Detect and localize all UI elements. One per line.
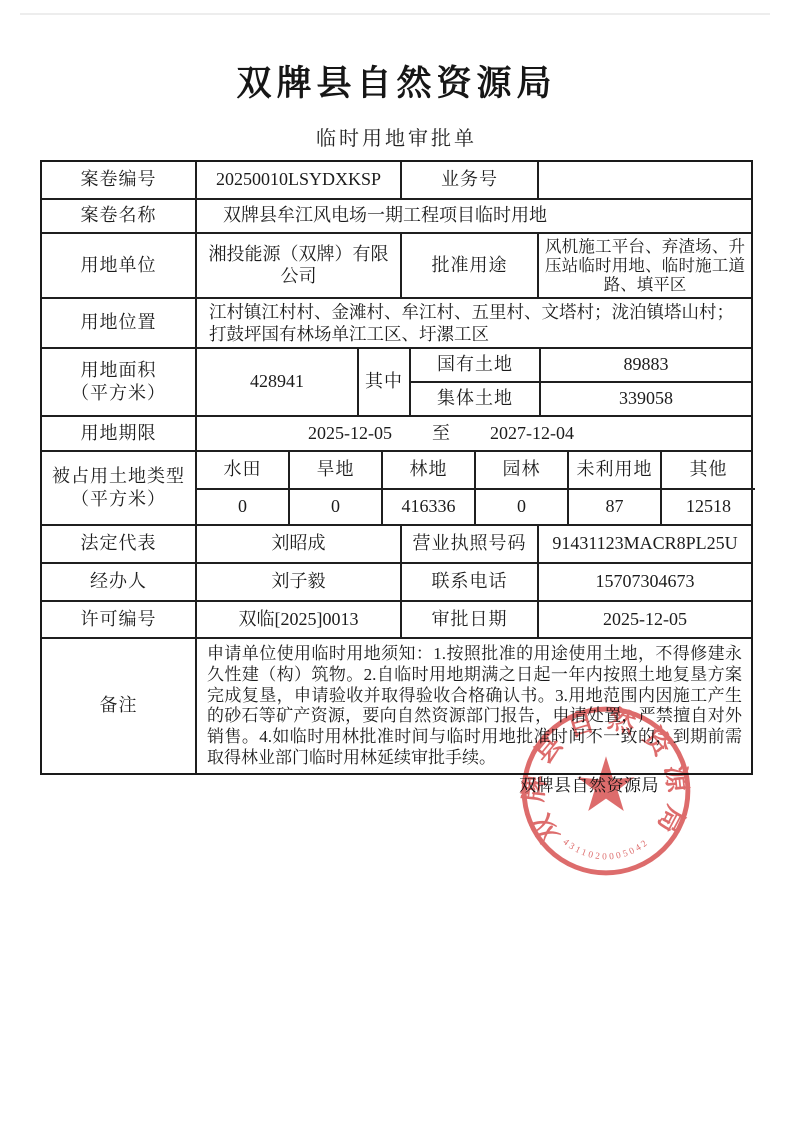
row-legal-rep: 法定代表 刘昭成 营业执照号码 91431123MACR8PL25U	[42, 526, 751, 564]
permit-number-label: 许可编号	[42, 602, 197, 637]
occupied-label-line2: （平方米）	[71, 488, 166, 511]
land-type-value: 0	[197, 490, 290, 524]
row-case-name: 案卷名称 双牌县牟江风电场一期工程项目临时用地	[42, 200, 751, 234]
state-land-value: 89883	[541, 349, 751, 381]
handler-label: 经办人	[42, 564, 197, 600]
area-label: 用地面积 （平方米）	[42, 349, 197, 415]
scan-edge-artifact	[20, 13, 770, 15]
issuing-authority-signature: 双牌县自然资源局	[519, 771, 659, 796]
occupied-label: 被占用土地类型 （平方米）	[42, 452, 197, 524]
land-type-header: 林地	[383, 452, 476, 488]
page-title: 双牌县自然资源局	[0, 56, 793, 106]
location-value: 江村镇江村村、金滩村、牟江村、五里村、文塔村；泷泊镇塔山村；打鼓坪国有林场单江工…	[197, 299, 751, 347]
area-total-value: 428941	[197, 349, 359, 415]
case-number-label: 案卷编号	[42, 162, 197, 198]
license-number-label: 营业执照号码	[402, 526, 539, 562]
approval-form-table: 案卷编号 20250010LSYDXKSP 业务号 案卷名称 双牌县牟江风电场一…	[40, 160, 753, 775]
occupied-types-value-row: 0 0 416336 0 87 12518	[197, 490, 755, 524]
period-value: 2025-12-05 至 2027-12-04	[197, 417, 751, 450]
period-start-date: 2025-12-05	[308, 423, 392, 445]
row-location: 用地位置 江村镇江村村、金滩村、牟江村、五里村、文塔村；泷泊镇塔山村；打鼓坪国有…	[42, 299, 751, 349]
area-among-label: 其中	[359, 349, 411, 415]
phone-value: 15707304673	[539, 564, 751, 600]
seal-number: 4311020005042	[561, 837, 652, 862]
row-permit-number: 许可编号 双临[2025]0013 审批日期 2025-12-05	[42, 602, 751, 639]
land-type-value: 12518	[662, 490, 755, 524]
land-type-header: 水田	[197, 452, 290, 488]
land-type-header: 其他	[662, 452, 755, 488]
land-type-value: 87	[569, 490, 662, 524]
legal-rep-label: 法定代表	[42, 526, 197, 562]
row-area: 用地面积 （平方米） 428941 其中 国有土地 89883 集体土地 339…	[42, 349, 751, 417]
case-name-label: 案卷名称	[42, 200, 197, 232]
case-number-value: 20250010LSYDXKSP	[197, 162, 402, 198]
land-user-value: 湘投能源（双牌）有限公司	[197, 234, 402, 297]
case-name-value: 双牌县牟江风电场一期工程项目临时用地	[197, 200, 751, 232]
collective-land-row: 集体土地 339058	[411, 383, 751, 415]
land-type-value: 0	[290, 490, 383, 524]
permit-number-value: 双临[2025]0013	[197, 602, 402, 637]
row-occupied-types: 被占用土地类型 （平方米） 水田 旱地 林地 园林 未利用地 其他 0 0 41…	[42, 452, 751, 526]
occupied-label-line1: 被占用土地类型	[52, 465, 185, 488]
legal-rep-value: 刘昭成	[197, 526, 402, 562]
land-type-header: 未利用地	[569, 452, 662, 488]
license-number-value: 91431123MACR8PL25U	[539, 526, 751, 562]
state-land-label: 国有土地	[411, 349, 541, 381]
area-label-line1: 用地面积	[81, 359, 157, 382]
period-to-text: 至	[432, 423, 450, 445]
area-breakdown: 国有土地 89883 集体土地 339058	[411, 349, 751, 415]
occupied-types-header-row: 水田 旱地 林地 园林 未利用地 其他	[197, 452, 755, 490]
row-case-number: 案卷编号 20250010LSYDXKSP 业务号	[42, 162, 751, 200]
land-type-header: 园林	[476, 452, 569, 488]
phone-label: 联系电话	[402, 564, 539, 600]
period-end-date: 2027-12-04	[490, 423, 574, 445]
collective-land-label: 集体土地	[411, 383, 541, 415]
business-number-label: 业务号	[402, 162, 539, 198]
approval-date-label: 审批日期	[402, 602, 539, 637]
approval-date-value: 2025-12-05	[539, 602, 751, 637]
land-user-label: 用地单位	[42, 234, 197, 297]
row-land-user: 用地单位 湘投能源（双牌）有限公司 批准用途 风机施工平台、弃渣场、升压站临时用…	[42, 234, 751, 299]
remark-label: 备注	[42, 639, 197, 773]
period-label: 用地期限	[42, 417, 197, 450]
handler-value: 刘子毅	[197, 564, 402, 600]
land-type-value: 0	[476, 490, 569, 524]
row-period: 用地期限 2025-12-05 至 2027-12-04	[42, 417, 751, 452]
land-type-header: 旱地	[290, 452, 383, 488]
collective-land-value: 339058	[541, 383, 751, 415]
row-handler: 经办人 刘子毅 联系电话 15707304673	[42, 564, 751, 602]
approved-use-label: 批准用途	[402, 234, 539, 297]
business-number-value	[539, 162, 751, 198]
land-type-value: 416336	[383, 490, 476, 524]
area-label-line2: （平方米）	[71, 382, 166, 405]
approved-use-value: 风机施工平台、弃渣场、升压站临时用地、临时施工道路、填平区	[539, 234, 751, 297]
occupied-types-grid: 水田 旱地 林地 园林 未利用地 其他 0 0 416336 0 87 1251…	[197, 452, 755, 524]
state-land-row: 国有土地 89883	[411, 349, 751, 383]
page-subtitle: 临时用地审批单	[0, 122, 793, 151]
location-label: 用地位置	[42, 299, 197, 347]
